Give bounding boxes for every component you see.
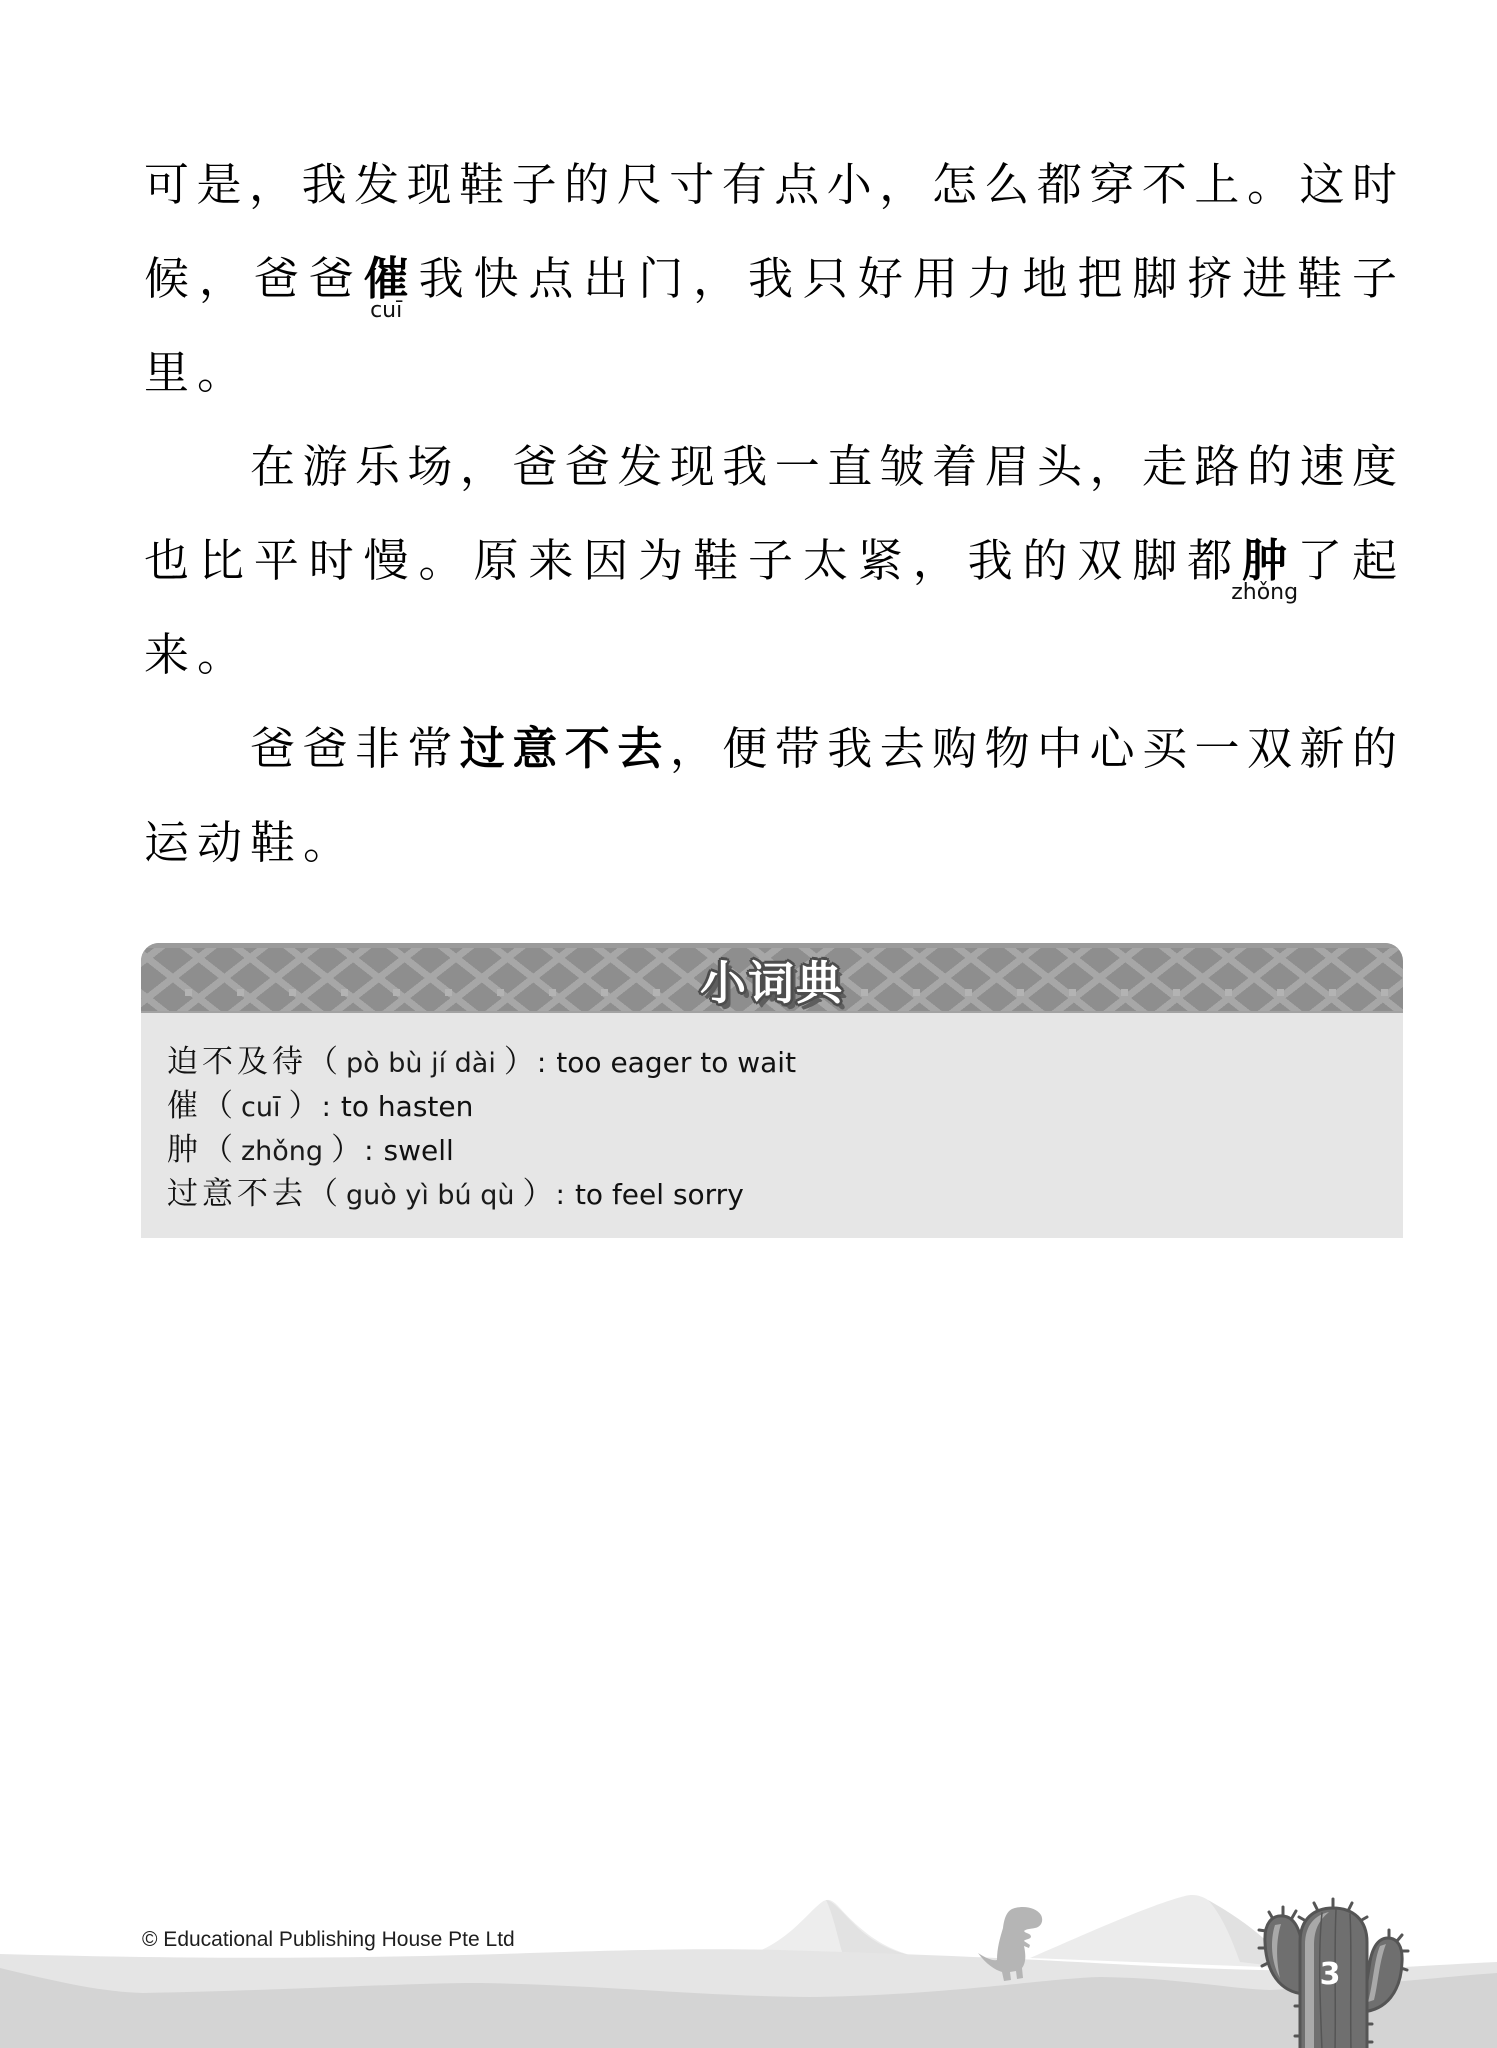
paren-close: ） xyxy=(504,1044,535,1080)
text-segment: 我快点出门，我只好用力地把脚挤进鞋子 xyxy=(419,252,1397,305)
entry-pinyin: guò yì bú qù xyxy=(346,1180,515,1211)
entry-separator: : xyxy=(364,1134,373,1167)
dictionary-entries: 迫不及待（pò bù jí dài）:too eager to wait 催（c… xyxy=(167,1040,1367,1216)
mini-dictionary-box: 小词典 迫不及待（pò bù jí dài）:too eager to wait… xyxy=(141,943,1403,1238)
text-line: 也比平时慢。原来因为鞋子太紧，我的双脚都肿zhǒng了起 xyxy=(144,514,1397,608)
desert-scenery xyxy=(0,1880,1497,2048)
paren-close: ） xyxy=(331,1132,362,1168)
page-number: 3 xyxy=(1314,1956,1346,1994)
text-line: 在游乐场，爸爸发现我一直皱着眉头，走路的速度 xyxy=(144,420,1397,514)
dictionary-entry: 肿（zhǒng）:swell xyxy=(167,1128,1367,1172)
paren-open: （ xyxy=(307,1176,338,1212)
highlighted-phrase: 过意不去 xyxy=(460,722,670,775)
paragraph-1: 可是，我发现鞋子的尺寸有点小，怎么都穿不上。这时 候，爸爸催cuī我快点出门，我… xyxy=(144,138,1397,420)
paren-open: （ xyxy=(307,1044,338,1080)
paragraph-2: 在游乐场，爸爸发现我一直皱着眉头，走路的速度 也比平时慢。原来因为鞋子太紧，我的… xyxy=(144,420,1397,702)
text-line: 里。 xyxy=(144,326,1397,420)
entry-meaning: to feel sorry xyxy=(575,1178,744,1211)
paren-close: ） xyxy=(288,1088,319,1124)
pinyin-annotation: cuī xyxy=(364,298,409,323)
text-segment: 了起 xyxy=(1287,534,1397,587)
entry-separator: : xyxy=(321,1090,330,1123)
entry-pinyin: pò bù jí dài xyxy=(346,1048,496,1079)
entry-term: 过意不去 xyxy=(167,1176,307,1212)
entry-pinyin: cuī xyxy=(241,1092,280,1123)
annotated-word-cui: 催cuī xyxy=(364,252,419,305)
text-segment: 候，爸爸 xyxy=(144,252,364,305)
paren-open: （ xyxy=(202,1132,233,1168)
entry-term: 催 xyxy=(167,1088,202,1124)
pinyin-annotation: zhǒng xyxy=(1231,580,1298,605)
text-segment: ，便带我去购物中心买一双新的 xyxy=(670,722,1397,775)
entry-meaning: too eager to wait xyxy=(556,1046,796,1079)
entry-meaning: swell xyxy=(384,1134,454,1167)
entry-term: 迫不及待 xyxy=(167,1044,307,1080)
copyright-text: © Educational Publishing House Pte Ltd xyxy=(142,1926,515,1954)
dictionary-entry: 迫不及待（pò bù jí dài）:too eager to wait xyxy=(167,1040,1367,1084)
paren-close: ） xyxy=(523,1176,554,1212)
dictionary-entry: 过意不去（guò yì bú qù）:to feel sorry xyxy=(167,1172,1367,1216)
text-line: 来。 xyxy=(144,608,1397,702)
page: 可是，我发现鞋子的尺寸有点小，怎么都穿不上。这时 候，爸爸催cuī我快点出门，我… xyxy=(0,0,1497,2048)
dictionary-header: 小词典 xyxy=(141,943,1403,1013)
entry-separator: : xyxy=(556,1178,565,1211)
dictionary-title: 小词典 xyxy=(141,955,1403,1011)
text-line: 候，爸爸催cuī我快点出门，我只好用力地把脚挤进鞋子 xyxy=(144,232,1397,326)
annotated-word-zhong: 肿zhǒng xyxy=(1242,534,1287,587)
text-segment: 也比平时慢。原来因为鞋子太紧，我的双脚都 xyxy=(144,534,1242,587)
entry-separator: : xyxy=(537,1046,546,1079)
text-line: 运动鞋。 xyxy=(144,796,1397,890)
text-segment: 爸爸非常 xyxy=(250,722,460,775)
dictionary-entry: 催（cuī）:to hasten xyxy=(167,1084,1367,1128)
mountain-icon xyxy=(752,1900,914,1956)
paren-open: （ xyxy=(202,1088,233,1124)
entry-meaning: to hasten xyxy=(341,1090,473,1123)
story-text: 可是，我发现鞋子的尺寸有点小，怎么都穿不上。这时 候，爸爸催cuī我快点出门，我… xyxy=(144,138,1397,890)
text-line: 爸爸非常过意不去，便带我去购物中心买一双新的 xyxy=(144,702,1397,796)
paragraph-3: 爸爸非常过意不去，便带我去购物中心买一双新的 运动鞋。 xyxy=(144,702,1397,890)
mountain-icon xyxy=(1030,1895,1292,1968)
entry-term: 肿 xyxy=(167,1132,202,1168)
text-line: 可是，我发现鞋子的尺寸有点小，怎么都穿不上。这时 xyxy=(144,138,1397,232)
entry-pinyin: zhǒng xyxy=(241,1136,323,1167)
